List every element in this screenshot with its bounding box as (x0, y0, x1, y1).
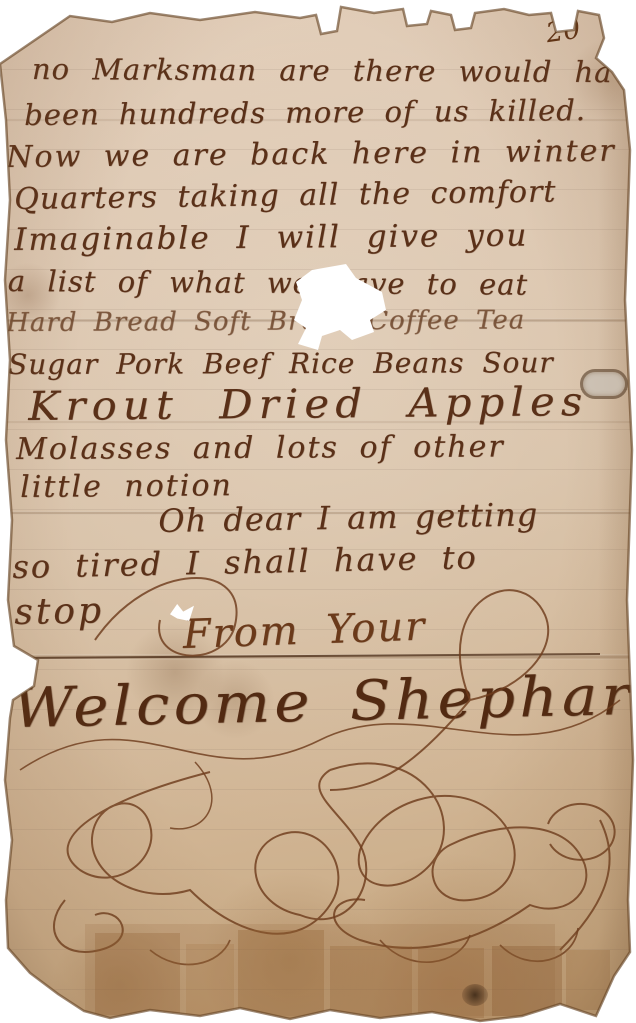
scanned-letter-page: 20 no Marksman are there would have been… (0, 0, 636, 1023)
paper-sheet: 20 no Marksman are there would have been… (0, 0, 636, 1023)
edge-vignette (0, 0, 636, 1023)
